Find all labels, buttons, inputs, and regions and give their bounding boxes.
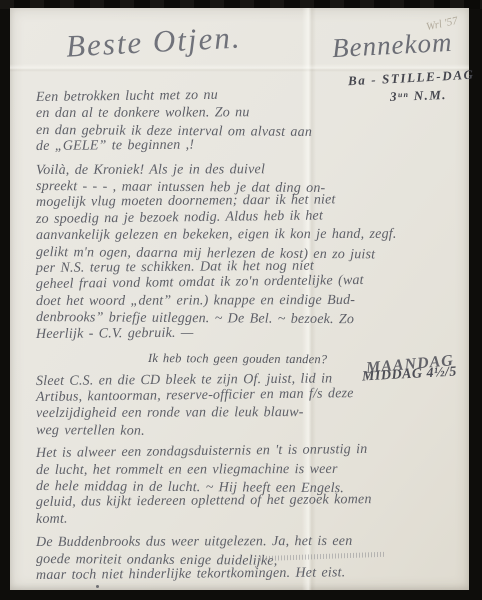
paragraph: Voilà, de Kroniek! Als je in des duivels… bbox=[36, 163, 468, 343]
paragraph: De Buddenbrooks dus weer uitgelezen. Ja,… bbox=[36, 535, 468, 584]
handwriting-line: de lucht, het rommelt en een vliegmachin… bbox=[36, 461, 468, 479]
handwriting-line: Een betrokken lucht met zo nu bbox=[36, 85, 468, 107]
handwriting-line: en dan al te donkere wolken. Zo nu bbox=[36, 105, 468, 123]
handwriting-line: de „GELE” te beginnen ,! bbox=[36, 135, 468, 155]
handwriting-line: Voilà, de Kroniek! Als je in des duivel bbox=[36, 161, 468, 179]
handwriting-line: veelzijdigheid een ronde van die leuk bl… bbox=[36, 405, 468, 423]
handwriting-line: Heerlijk - C.V. gebruik. — bbox=[36, 323, 468, 343]
body-text: Een betrokken lucht met zo nuen dan al t… bbox=[36, 90, 468, 591]
handwriting-line: weg vertellen kon. bbox=[36, 423, 468, 442]
stray-ink-dot bbox=[96, 585, 99, 588]
margin-scrawl: MAANDAG MIDDAG 4½/5 bbox=[362, 356, 482, 400]
paragraph: Het is alweer een zondagsduisternis en '… bbox=[36, 446, 468, 528]
handwriting-line: De Buddenbrooks dus weer uitgelezen. Ja,… bbox=[36, 534, 468, 552]
handwriting-line: Het is alweer een zondagsduisternis en '… bbox=[36, 441, 468, 463]
handwriting-line: aanvankelijk gelezen en bekeken, eigen i… bbox=[36, 227, 468, 245]
handwriting-line: geheel fraai vond komt omdat ik zo'n ord… bbox=[36, 272, 468, 294]
handwriting-line: doet het woord „dent” erin.) knappe en e… bbox=[36, 292, 468, 310]
salutation: Beste Otjen. bbox=[65, 19, 242, 64]
paragraph: Een betrokken lucht met zo nuen dan al t… bbox=[36, 90, 468, 156]
handwriting-line: maar toch niet hinderlijke tekortkominge… bbox=[36, 564, 468, 584]
scanned-letter-photo: { "photo": { "frame_color": "#0e0d0b", "… bbox=[0, 0, 482, 600]
place-name: Bennekom bbox=[331, 27, 453, 64]
letter-paper: Beste Otjen. Bennekom Ba - STILLE-DAG 3ᵘ… bbox=[10, 8, 469, 590]
